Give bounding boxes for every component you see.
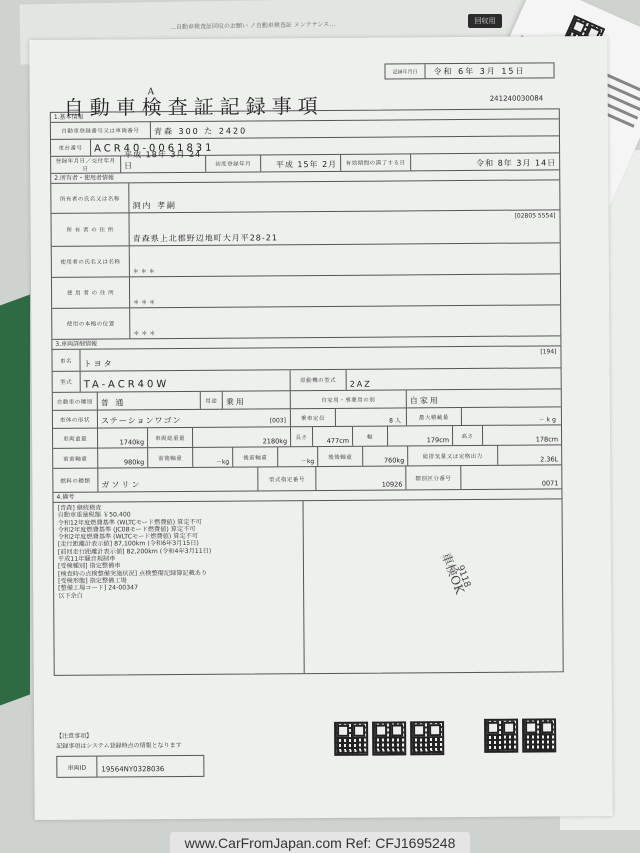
engine-value: 2AZ (350, 380, 372, 389)
qr-code-icon (334, 722, 368, 756)
use-value: 乗用 (226, 397, 246, 408)
owner-address-label: 所 有 者 の 住 所 (51, 213, 129, 246)
maker-code: [194] (540, 348, 556, 355)
reg-date-label: 登録年月日／交付年月日 (51, 156, 121, 172)
qr-code-group-left (334, 721, 444, 756)
body-shape-label: 車体の形状 (53, 411, 98, 428)
width-value: 179cm (427, 436, 449, 444)
record-table: 1.基本情報 自動車登録番号又は車両番号 青森 300 た 2420 車台番号 … (50, 108, 564, 676)
record-date-label: 記録年月日 (385, 64, 425, 78)
expiry-label: 有効期間の満了する日 (341, 154, 411, 170)
front-rear-axle-value: －kg (216, 457, 229, 466)
fuel-value: ガソリン (101, 479, 141, 490)
category-value: 0071 (542, 479, 559, 487)
qr-code-icon (372, 721, 406, 755)
length-value: 477cm (327, 437, 349, 445)
envelope-text: …自動車検査証回収のお願い ノ自動車検査証 メンテナンス… (170, 18, 400, 31)
displacement-label: 総排気量又は定格出力 (408, 446, 498, 466)
gross-weight-value: 2180kg (263, 437, 287, 445)
length-label: 長さ (291, 427, 313, 446)
front-rear-axle-label: 前後軸重 (148, 448, 193, 467)
vehicle-id-box: 車両ID 19564NY0328036 (56, 755, 204, 778)
user-address-label: 使 用 者 の 住 所 (52, 277, 130, 308)
capacity-value: 8人 (389, 415, 403, 424)
body-shape-code: [003] (270, 417, 286, 424)
max-load-label: 最大積載量 (407, 408, 462, 425)
user-name-label: 使用者の氏名又は名称 (52, 246, 130, 277)
record-date-box: 記録年月日 令和 6年 3月 15日 (384, 62, 554, 79)
qr-code-icon (484, 719, 518, 753)
notes-text: 記録事項はシステム登録時点の情報となります (56, 741, 181, 752)
first-reg-label: 初度登録年月 (206, 155, 261, 171)
rear-rear-axle-value: 760kg (384, 456, 404, 464)
maker-value: トヨタ (84, 358, 114, 369)
maker-label: 車名 (52, 350, 80, 371)
qr-code-icon (410, 721, 444, 755)
height-value: 178cm (536, 435, 558, 443)
engine-label: 原動機の型式 (291, 370, 347, 390)
owner-address-code: [02805 5554] (515, 212, 556, 219)
private-business-label: 自家用・事業用の別 (291, 390, 407, 408)
base-location-value: ＊＊＊ (133, 328, 157, 337)
vehicle-inspection-record: A 自動車検査証記録事項 記録年月日 令和 6年 3月 15日 24124003… (29, 36, 612, 820)
envelope-tag: 回収用 (468, 14, 502, 28)
designation-label: 型式指定番号 (258, 467, 316, 490)
rear-rear-axle-label: 後後軸重 (318, 447, 363, 466)
gross-weight-label: 車両総重量 (148, 428, 193, 447)
watermark: www.CarFromJapan.com Ref: CFJ1695248 (170, 832, 470, 853)
rear-front-axle-label: 後前軸重 (233, 447, 278, 466)
record-date-value: 令和 6年 3月 15日 (425, 65, 525, 77)
user-name-value: ＊＊＊ (133, 266, 157, 275)
vehicle-weight-value: 1740kg (120, 438, 144, 446)
remarks-text: [青森] 継続検査 自動車重量税額 ￥50,400 令和12年度燃費基準 (WL… (54, 501, 305, 675)
use-label: 用途 (201, 392, 223, 409)
registration-value: 青森 300 た 2420 (154, 126, 247, 138)
first-reg-value: 平成 15年 2月 (276, 159, 337, 170)
vehicle-id-label: 車両ID (57, 757, 97, 777)
background-green-item (0, 295, 30, 706)
expiry-value: 令和 8年 3月 14日 (476, 157, 556, 169)
vehicle-id-value: 19564NY0328036 (97, 756, 168, 776)
height-label: 高さ (453, 426, 483, 445)
vehicle-type-value: 普 通 (101, 397, 126, 408)
qr-code-group-right (484, 718, 556, 753)
qr-code-icon (522, 718, 556, 752)
vehicle-weight-label: 車両重量 (53, 429, 98, 448)
fuel-label: 燃料の種類 (53, 469, 98, 492)
front-front-axle-value: 980kg (124, 458, 144, 466)
owner-name-value: 洞内 孝嗣 (132, 200, 177, 211)
registration-label: 自動車登録番号又は車両番号 (51, 122, 151, 139)
max-load-value: －kg (539, 414, 558, 423)
width-label: 幅 (353, 427, 388, 446)
private-business-value: 自家用 (410, 395, 440, 406)
base-location-label: 使用の本拠の位置 (52, 308, 130, 339)
owner-address-value: 青森県上北郡野辺地町大月平28-21 (133, 232, 278, 244)
user-address-value: ＊＊＊ (133, 297, 157, 306)
owner-name-label: 所有者の氏名又は名称 (51, 183, 129, 213)
document-number: 241240030084 (490, 94, 544, 102)
notes: 【注意事項】 記録事項はシステム登録時点の情報となります (56, 731, 182, 752)
designation-value: 10926 (382, 480, 403, 488)
reg-date-value: 平成 18年 3月 24日 (124, 149, 202, 172)
body-shape-value: ステーションワゴン (101, 415, 182, 427)
capacity-label: 乗車定員 (291, 409, 336, 426)
rear-front-axle-value: －kg (301, 456, 314, 465)
model-label: 型式 (53, 372, 81, 392)
chassis-label: 車台番号 (51, 140, 91, 156)
front-front-axle-label: 前前軸重 (53, 449, 98, 468)
displacement-value: 2.36L (540, 455, 558, 463)
model-value: TA-ACR40W (84, 379, 170, 391)
vehicle-type-label: 自動車の種別 (53, 393, 98, 410)
category-label: 類別区分番号 (406, 466, 461, 489)
